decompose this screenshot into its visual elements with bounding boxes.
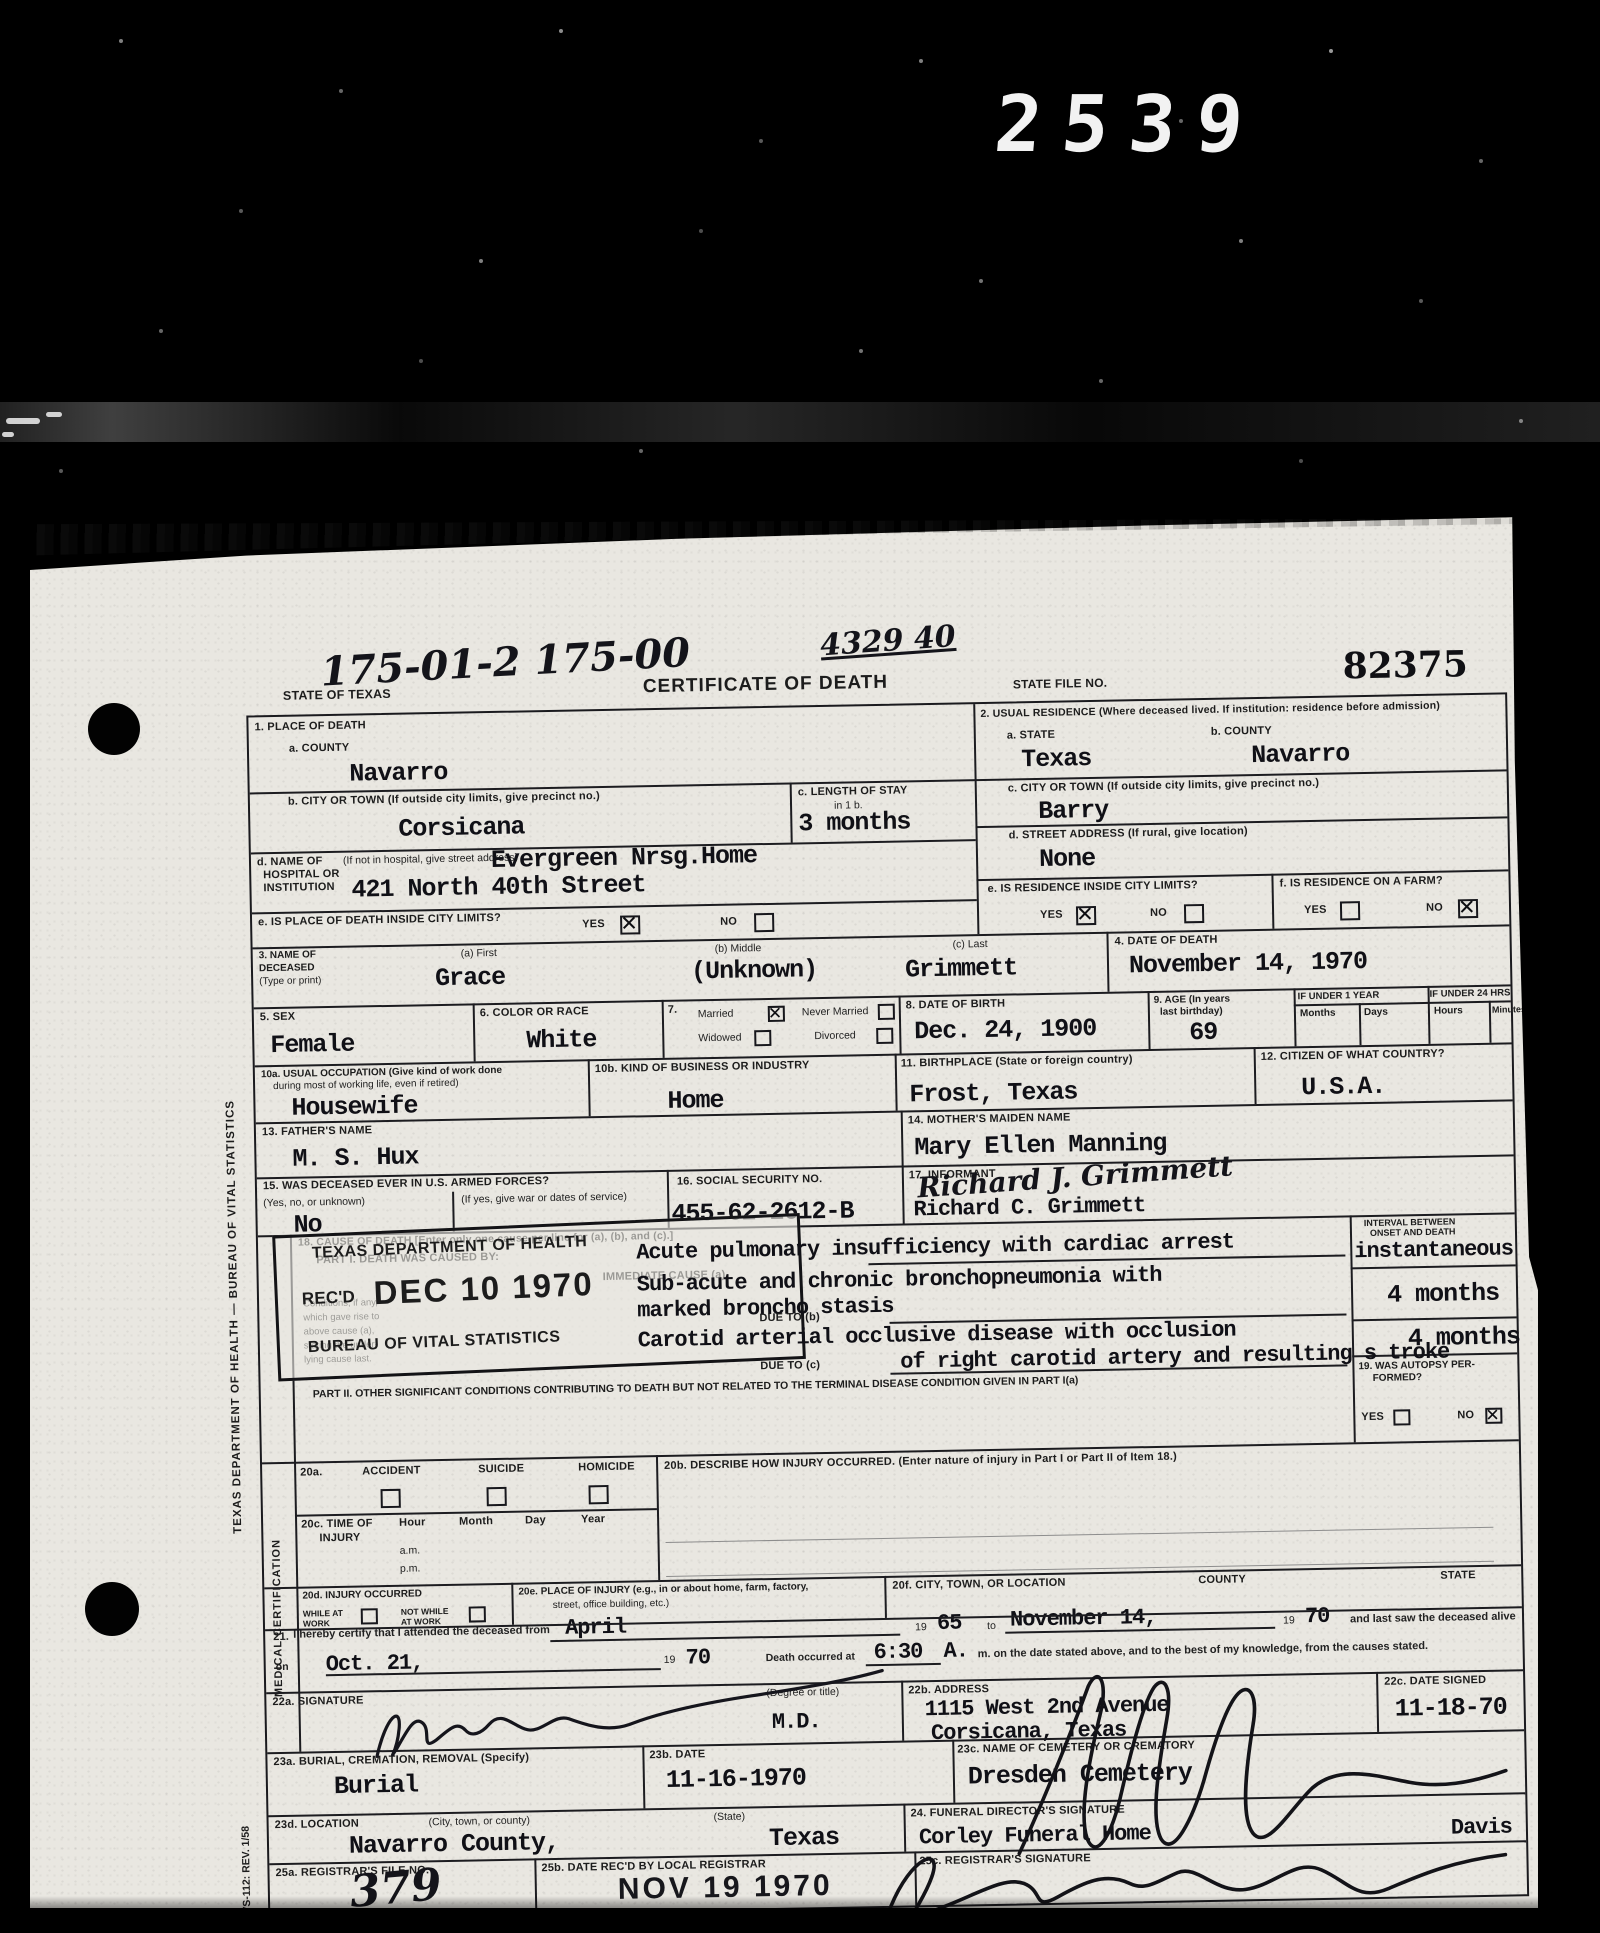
field-18-part2: PART II. OTHER SIGNIFICANT CONDITIONS CO…: [313, 1374, 1079, 1400]
film-edge: [1538, 505, 1600, 1917]
field-10b-value: Home: [667, 1086, 724, 1116]
field-7-divorced-label: Divorced: [814, 1029, 856, 1042]
field-20d-while2: WORK: [303, 1618, 330, 1628]
field-2f-yes-checkbox: [1340, 901, 1360, 920]
film-frame-number: 2539: [991, 80, 1267, 170]
certificate-title: CERTIFICATE OF DEATH: [643, 672, 889, 698]
divider: [902, 1166, 905, 1224]
film-edge: [0, 505, 30, 1933]
field-19-label2: FORMED?: [1373, 1372, 1423, 1384]
field-3c-value: Grimmett: [905, 953, 1018, 984]
field-7-label: 7.: [668, 1004, 678, 1016]
field-23b-label: 23b. DATE: [649, 1748, 705, 1761]
field-23d-sub1: (City, town, or county): [429, 1814, 531, 1828]
field-20a-suicide-label: SUICIDE: [478, 1463, 524, 1476]
field-23d-value2: Texas: [769, 1823, 840, 1853]
hole-punch: [88, 703, 140, 755]
field-11-label: 11. BIRTHPLACE (State or foreign country…: [901, 1053, 1133, 1069]
field-2a-value: Texas: [1021, 744, 1092, 774]
divider: [901, 1681, 904, 1741]
certificate-form: 1. PLACE OF DEATH a. COUNTY Navarro b. C…: [246, 692, 1529, 1919]
field-1e-no-label: NO: [720, 916, 737, 928]
field-2e-no-checkbox: [1184, 904, 1204, 923]
field-10a-label1: 10a. USUAL OCCUPATION (Give kind of work…: [261, 1065, 502, 1080]
margin-form-code-text: VS-112: REV. 1/58: [238, 1714, 254, 1914]
divider: [952, 1740, 955, 1803]
field-7-married-checkbox: [768, 1006, 785, 1022]
divider: [1352, 1316, 1517, 1321]
divider: [265, 1606, 1522, 1631]
field-17-value: Richard C. Grimmett: [913, 1193, 1145, 1222]
film-mark: [2, 432, 14, 437]
field-21-y1-pre: 19: [915, 1621, 927, 1633]
microfilm-scan: 2539 TEXAS DEPARTMENT OF HEALTH — BUREAU…: [0, 0, 1600, 1933]
field-1e-no-checkbox: [754, 913, 774, 932]
field-20a-homicide-label: HOMICIDE: [578, 1461, 635, 1474]
field-20c-label2: INJURY: [319, 1532, 360, 1545]
field-2a-label: a. STATE: [1007, 729, 1055, 742]
divider: [884, 1576, 887, 1618]
divider: [1106, 932, 1109, 992]
field-21-to-label: to: [987, 1620, 996, 1632]
field-2e-yes-checkbox: [1076, 906, 1096, 925]
field-23a-value: Burial: [334, 1771, 419, 1802]
divider: [473, 1003, 476, 1061]
interval-b-value: 4 months: [1387, 1279, 1500, 1310]
field-3b-label: (b) Middle: [715, 942, 762, 955]
field-3-label1: 3. NAME OF: [259, 949, 316, 961]
field-1a-label: a. COUNTY: [289, 742, 350, 755]
field-7-never-label: Never Married: [802, 1005, 869, 1018]
field-9-months-label: Months: [1300, 1008, 1336, 1020]
divider: [1359, 1003, 1362, 1045]
field-21-ampm-value: A.: [943, 1638, 968, 1663]
handwritten-numbers: 4329 40: [819, 619, 957, 663]
field-2e-label: e. IS RESIDENCE INSIDE CITY LIMITS?: [988, 879, 1199, 895]
field-3b-value: (Unknown): [691, 955, 818, 986]
field-2e-yes-label: YES: [1040, 909, 1063, 921]
field-20c-year-label: Year: [581, 1513, 605, 1525]
hole-punch: [85, 1582, 139, 1636]
divider: [1271, 874, 1274, 929]
field-20a-accident-checkbox: [381, 1489, 401, 1508]
field-18-dueb-label: DUE TO (b): [759, 1311, 820, 1324]
field-7-divorced-checkbox: [876, 1028, 893, 1044]
field-21-text4: m. on the date stated above, and to the …: [978, 1640, 1429, 1660]
state-file-no-value: 82375: [1342, 643, 1468, 687]
field-21-y2-pre: 19: [1283, 1614, 1295, 1626]
field-20f-county-label: COUNTY: [1198, 1573, 1246, 1586]
field-1a-value: Navarro: [349, 758, 448, 789]
field-19-yes-checkbox: [1393, 1409, 1410, 1425]
field-3-label3: (Type or print): [259, 975, 321, 987]
field-19-no-label: NO: [1457, 1409, 1474, 1421]
field-7-widowed-checkbox: [754, 1030, 771, 1046]
field-20f-label: 20f. CITY, TOWN, OR LOCATION: [892, 1577, 1065, 1592]
field-20a-label: 20a.: [300, 1466, 322, 1478]
field-20d-notwhile1: NOT WHILE: [401, 1606, 449, 1617]
field-19-no-checkbox: [1485, 1408, 1502, 1424]
field-21-text3: Death occurred at: [766, 1651, 855, 1665]
field-21-y2-value: 70: [1305, 1604, 1330, 1629]
field-9-minutes-label: Minutes: [1492, 1004, 1526, 1015]
field-2f-yes-label: YES: [1304, 904, 1327, 916]
field-7-widowed-label: Widowed: [698, 1031, 741, 1044]
field-2d-label: d. STREET ADDRESS (If rural, give locati…: [1009, 825, 1248, 841]
field-2b-value: Navarro: [1251, 739, 1350, 770]
field-1d-label1: d. NAME OF: [257, 855, 323, 868]
film-grain-specks: [0, 0, 2, 2]
field-5-value: Female: [270, 1030, 355, 1061]
field-3a-value: Grace: [435, 963, 506, 993]
field-20f-state-label: STATE: [1440, 1569, 1476, 1582]
field-23b-value: 11-16-1970: [666, 1763, 807, 1795]
divider: [642, 1745, 645, 1808]
field-13-label: 13. FATHER'S NAME: [262, 1124, 373, 1138]
field-3a-label: (a) First: [461, 947, 497, 960]
field-2e-no-label: NO: [1150, 907, 1167, 919]
scan-tilt-wrapper: TEXAS DEPARTMENT OF HEALTH — BUREAU OF V…: [18, 499, 1585, 1927]
field-20c-label1: 20c. TIME OF: [301, 1517, 373, 1530]
field-14-label: 14. MOTHER'S MAIDEN NAME: [908, 1111, 1071, 1126]
divider: [899, 996, 902, 1054]
field-1d-address: 421 North 40th Street: [351, 870, 646, 904]
field-4-label: 4. DATE OF DEATH: [1114, 934, 1217, 948]
field-20e-label2: street, office building, etc.): [553, 1598, 670, 1611]
field-18-duec-label: DUE TO (c): [760, 1359, 820, 1372]
field-20d-label: 20d. INJURY OCCURRED: [302, 1588, 422, 1601]
field-13-value: M. S. Hux: [292, 1142, 419, 1173]
divider: [901, 1111, 904, 1166]
margin-department-text: TEXAS DEPARTMENT OF HEALTH — BUREAU OF V…: [218, 754, 244, 1534]
field-21-time-value: 6:30: [873, 1639, 922, 1665]
field-1e-label: e. IS PLACE OF DEATH INSIDE CITY LIMITS?: [258, 912, 501, 928]
field-9-hours-label: Hours: [1434, 1005, 1463, 1017]
field-21-y1-value: 65: [937, 1611, 962, 1636]
field-23d-value1: Navarro County,: [349, 1828, 560, 1861]
stamp-recd: REC'D: [301, 1287, 355, 1309]
field-1d-label3: INSTITUTION: [263, 881, 334, 894]
field-20c-am-label: a.m.: [400, 1544, 421, 1556]
field-1e-yes-checkbox: [620, 915, 640, 934]
physician-signature: [355, 1664, 898, 1766]
field-2c-value: Barry: [1038, 796, 1109, 826]
field-19-yes-label: YES: [1361, 1411, 1384, 1423]
field-3c-label: (c) Last: [953, 938, 988, 951]
field-1d-label2: HOSPITAL OR: [263, 868, 340, 881]
certificate-paper: TEXAS DEPARTMENT OF HEALTH — BUREAU OF V…: [30, 512, 1572, 1912]
field-8-label: 8. DATE OF BIRTH: [906, 998, 1006, 1012]
stamp-date: DEC 10 1970: [373, 1265, 595, 1312]
field-9-days-label: Days: [1364, 1007, 1388, 1018]
field-2b-label: b. COUNTY: [1211, 725, 1272, 738]
field-16-label: 16. SOCIAL SECURITY NO.: [677, 1173, 823, 1188]
field-21-from-value: April: [565, 1615, 626, 1641]
state-file-no-label: STATE FILE NO.: [1013, 676, 1108, 692]
field-2-title: 2. USUAL RESIDENCE (Where deceased lived…: [980, 700, 1440, 720]
field-6-label: 6. COLOR OR RACE: [480, 1005, 589, 1019]
field-20a-homicide-checkbox: [588, 1485, 608, 1504]
divider: [666, 1527, 1494, 1543]
divider: [1351, 1264, 1516, 1269]
field-7-married-label: Married: [698, 1008, 734, 1021]
field-10a-value: Housewife: [291, 1091, 418, 1122]
field-22a-label: 22a. SIGNATURE: [272, 1695, 363, 1709]
field-9-value: 69: [1189, 1018, 1218, 1048]
field-3-label2: DECEASED: [259, 962, 315, 974]
interval-a-value: instantaneous: [1354, 1236, 1513, 1264]
field-12-value: U.S.A.: [1301, 1072, 1386, 1103]
divider: [1254, 1047, 1257, 1104]
field-1b-value: Corsicana: [398, 812, 525, 843]
divider: [790, 783, 793, 843]
field-10b-label: 10b. KIND OF BUSINESS OR INDUSTRY: [595, 1059, 810, 1075]
field-6-value: White: [526, 1025, 597, 1055]
field-9-under24-label: IF UNDER 24 HRS.: [1430, 987, 1514, 1000]
field-20d-while-checkbox: [361, 1608, 378, 1624]
handwritten-file-codes: 175-01-2 175-00: [319, 629, 691, 696]
stamp-line1: TEXAS DEPARTMENT OF HEALTH: [312, 1233, 588, 1263]
field-23d-label: 23d. LOCATION: [275, 1818, 360, 1832]
field-1-title: 1. PLACE OF DEATH: [254, 719, 366, 733]
field-10a-label2: during most of working life, even if ret…: [273, 1078, 459, 1092]
divider: [662, 1000, 665, 1058]
field-20c-hour-label: Hour: [399, 1516, 426, 1528]
film-mark: [46, 412, 62, 417]
field-20c-month-label: Month: [459, 1515, 493, 1528]
divider: [511, 1583, 514, 1625]
field-21-y3-pre: 19: [664, 1654, 676, 1666]
field-9-label1: 9. AGE (In years: [1154, 994, 1231, 1006]
field-4-value: November 14, 1970: [1129, 947, 1368, 980]
field-20d-notwhile-checkbox: [469, 1606, 486, 1622]
field-20a-suicide-checkbox: [486, 1487, 506, 1506]
film-streak: [0, 402, 1600, 442]
field-12-label: 12. CITIZEN OF WHAT COUNTRY?: [1261, 1048, 1445, 1063]
divider: [257, 1154, 1514, 1179]
field-20c-pm-label: p.m.: [400, 1562, 421, 1574]
field-7-never-checkbox: [878, 1004, 895, 1020]
divider: [253, 924, 1510, 949]
interval-header2: ONSET AND DEATH: [1370, 1226, 1456, 1238]
field-15-sub1: (Yes, no, or unknown): [263, 1195, 365, 1209]
field-20d-while1: WHILE AT: [303, 1608, 343, 1619]
field-20a-accident-label: ACCIDENT: [362, 1464, 421, 1477]
field-15-sub2: (If yes, give war or dates of service): [461, 1191, 627, 1206]
field-8-value: Dec. 24, 1900: [914, 1014, 1097, 1046]
stamp-line3: BUREAU OF VITAL STATISTICS: [308, 1328, 561, 1357]
film-edge: [0, 1908, 1600, 1933]
field-11-value: Frost, Texas: [909, 1077, 1078, 1109]
divider: [1293, 988, 1296, 1046]
divider: [895, 1054, 898, 1111]
field-5-label: 5. SEX: [260, 1011, 296, 1024]
field-20c-day-label: Day: [525, 1514, 546, 1526]
film-mark: [6, 418, 40, 424]
field-1c-label: c. LENGTH OF STAY: [798, 784, 908, 798]
field-2d-value: None: [1039, 844, 1096, 874]
divider: [452, 1192, 455, 1232]
field-1c-value: 3 months: [798, 807, 911, 838]
divider: [656, 1455, 660, 1580]
field-1e-yes-label: YES: [582, 918, 605, 930]
field-2f-label: f. IS RESIDENCE ON A FARM?: [1279, 875, 1442, 890]
field-2f-no-checkbox: [1458, 899, 1478, 918]
field-23d-sub2: (State): [713, 1811, 745, 1824]
divider: [256, 1099, 1513, 1124]
field-21-y3-value: 70: [685, 1645, 710, 1670]
field-9-label2: last birthday): [1160, 1006, 1223, 1018]
field-9-under1-label: IF UNDER 1 YEAR: [1298, 990, 1380, 1002]
divider: [588, 1059, 591, 1116]
divider: [1148, 991, 1151, 1049]
field-21-text2: and last saw the deceased alive: [1350, 1610, 1516, 1625]
field-2f-no-label: NO: [1426, 902, 1443, 914]
